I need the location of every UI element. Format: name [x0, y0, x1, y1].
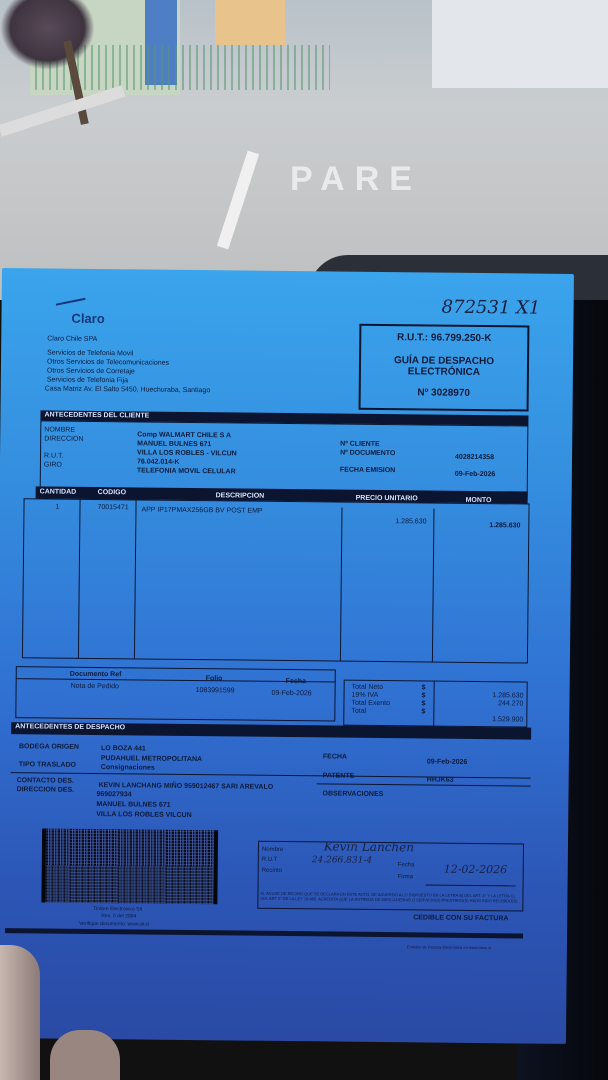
- timbre-text: Res. 0 del 2004: [101, 913, 136, 919]
- ref-folio: 1083991599: [196, 686, 235, 695]
- col-codigo: CODIGO: [98, 488, 126, 498]
- receipt-label: Firma: [398, 874, 413, 880]
- receipt-label: R.U.T: [262, 857, 278, 863]
- claro-logo: Claro: [71, 311, 104, 326]
- issuer-address: Casa Matriz Av. El Salto 5450, Huechurab…: [45, 384, 211, 395]
- dispatch-divider: [317, 783, 531, 786]
- client-right-label: Nº CLIENTE: [340, 440, 380, 449]
- dispatch-address: VILLA LOS ROBLES VILCUN: [96, 810, 192, 820]
- client-right-label: Nº DOCUMENTO: [340, 449, 395, 459]
- item-cantidad: 1: [55, 503, 59, 512]
- currency-symbol: $: [421, 707, 425, 716]
- dispatch-label: PATENTE: [323, 771, 355, 780]
- road-marking: PARE: [290, 160, 422, 199]
- item-monto: 1.285.630: [489, 521, 520, 530]
- items-table: [22, 498, 530, 663]
- client-rut: 76.042.014-K: [137, 457, 180, 466]
- receipt-label: Nombre: [262, 847, 283, 853]
- dispatch-type: Consignaciones: [101, 763, 155, 773]
- dispatch-label: BODEGA ORIGEN: [19, 742, 79, 752]
- timbre-text: Timbre Electrónico SII: [93, 906, 142, 913]
- iva-value: 244.270: [467, 699, 523, 709]
- issuer-name: Claro Chile SPA: [47, 334, 97, 344]
- receipt-label: Recinto: [262, 868, 282, 874]
- client-right-label: FECHA EMISION: [340, 466, 395, 476]
- dispatch-contact: 969027934: [96, 790, 131, 799]
- issuer-rut: R.U.T.: 96.799.250-K: [361, 332, 527, 345]
- client-issue-date: 09-Feb-2026: [455, 470, 496, 479]
- ref-header: Fecha: [286, 677, 306, 686]
- item-precio-unitario: 1.285.630: [395, 517, 426, 526]
- receipt-label: Fecha: [398, 862, 415, 868]
- dispatch-address: MANUEL BULNES 671: [96, 800, 170, 810]
- dispatch-label: DIRECCION DES.: [16, 785, 74, 795]
- client-document-number: 4028214358: [455, 453, 494, 462]
- col-cantidad: CANTIDAD: [40, 487, 77, 497]
- dispatch-plate: HHJK63: [427, 775, 454, 784]
- dispatch-label: TIPO TRASLADO: [19, 760, 76, 770]
- timbre-text: Verifique documento: www.sii.cl: [79, 921, 149, 928]
- item-descripcion: APP IP17PMAX256GB BV POST EMP: [141, 505, 262, 515]
- holding-hand: [50, 1030, 120, 1080]
- claro-logo-line: [56, 298, 86, 306]
- ref-fecha: 09-Feb-2026: [272, 689, 312, 698]
- building: [432, 0, 608, 88]
- ref-documento: Nota de Pedido: [71, 682, 119, 692]
- photo-scene: PARE 872531 X1 Claro Claro Chile SPA Ser…: [0, 0, 608, 1080]
- road-line: [217, 151, 259, 250]
- handwritten-name: Kevin Lanchen: [324, 839, 414, 854]
- tree: [0, 0, 95, 70]
- document-header-box: R.U.T.: 96.799.250-K GUÍA DE DESPACHO EL…: [359, 324, 530, 412]
- cedible-label: CEDIBLE CON SU FACTURA: [413, 914, 508, 922]
- ref-header: Documento Ref: [70, 670, 122, 680]
- dispatch-label: FECHA: [323, 752, 347, 761]
- dispatch-guide-document: 872531 X1 Claro Claro Chile SPA Servicio…: [0, 268, 574, 1044]
- document-title: ELECTRÓNICA: [361, 366, 527, 379]
- total-label: Total: [351, 707, 366, 716]
- client-label: GIRO: [44, 460, 62, 469]
- document-number: Nº 3028970: [361, 387, 527, 400]
- footer-bar: [5, 928, 523, 938]
- client-label: DIRECCION: [44, 434, 83, 443]
- sii-timbre-barcode: [41, 828, 218, 904]
- ref-header: Folio: [206, 674, 223, 683]
- client-label: NOMBRE: [44, 425, 75, 434]
- dispatch-date: 09-Feb-2026: [427, 757, 468, 766]
- total-value: 1.529.900: [467, 715, 523, 725]
- handwritten-rut: 24.266.831-4: [312, 855, 372, 866]
- dispatch-label: OBSERVACIONES: [322, 789, 383, 799]
- handwritten-reference: 872531 X1: [442, 297, 541, 319]
- client-label: R.U.T.: [44, 451, 64, 460]
- holding-hand: [0, 945, 40, 1080]
- handwritten-date: 12-02-2026: [444, 863, 508, 877]
- item-codigo: 70015471: [97, 503, 128, 512]
- footer-note: Emisión de Factura Electrónica en www.cl…: [407, 944, 491, 951]
- dispatch-origin: LO BOZA 441: [101, 744, 146, 753]
- building: [215, 0, 285, 45]
- client-giro: TELEFONIA MOVIL CELULAR: [137, 466, 236, 476]
